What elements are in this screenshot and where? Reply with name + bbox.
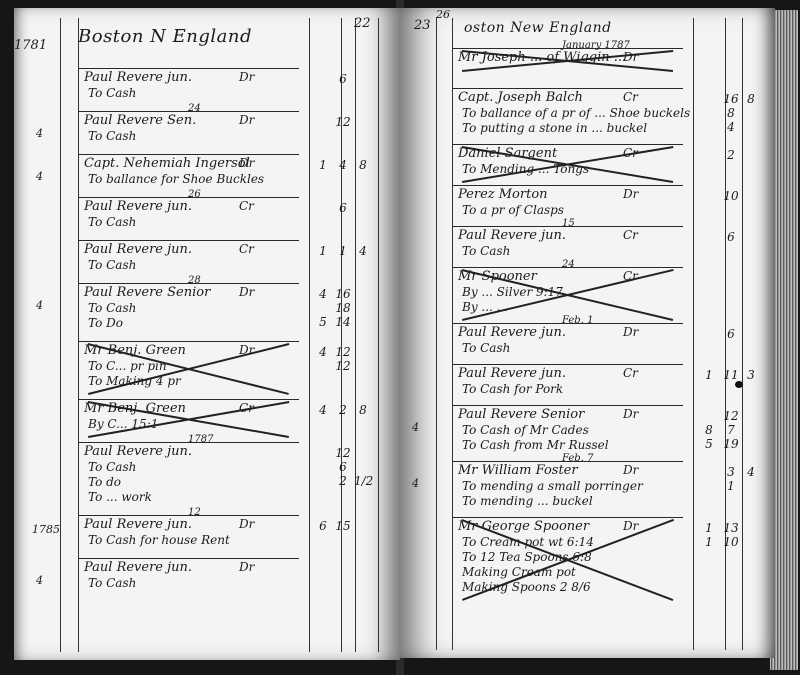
amount-pounds: 1 [314, 158, 332, 172]
pounds-rule [693, 18, 694, 650]
amount-shillings: 6 [722, 230, 740, 244]
entry-line: To Cash [88, 86, 136, 101]
entry-line: To Cash [88, 301, 136, 316]
amount-pence: 1/2 [354, 474, 372, 488]
entry-header: Paul Revere Senior [84, 285, 210, 300]
amount-shillings: 6 [334, 201, 352, 215]
debit-credit-mark: Dr [239, 113, 254, 128]
entry-line: To mending a small porringer [462, 479, 643, 494]
amount-pounds: 1 [700, 521, 718, 535]
account-name: Mr William Foster [458, 463, 578, 478]
entry-line: To Cash for house Rent [88, 533, 230, 548]
amount-pounds: 1 [314, 244, 332, 258]
entry-header: Paul Revere jun. [458, 325, 566, 340]
entry-divider [78, 442, 299, 443]
account-name: Paul Revere jun. [84, 560, 192, 575]
amount-shillings: 2 [722, 148, 740, 162]
entry-header: Perez Morton [458, 187, 548, 202]
entry-line: To Cash from Mr Russel [462, 438, 609, 453]
left-page: 1781 22 Boston N England 1785 Paul Rever… [14, 8, 400, 660]
account-name: Paul Revere jun. [84, 242, 192, 257]
entry-header: Paul Revere jun. [84, 242, 192, 257]
year-margin: 1785 [32, 523, 60, 536]
amount-pounds: 6 [314, 519, 332, 533]
pounds-rule [309, 18, 310, 652]
entry-divider [78, 341, 299, 342]
amount-pence: 8 [354, 403, 372, 417]
shillings-rule [341, 18, 342, 652]
debit-credit-mark: Dr [623, 187, 638, 202]
amount-shillings: 13 [722, 521, 740, 535]
entry-line: To Cream pot wt 6:14 [462, 535, 594, 550]
margin-rule [452, 18, 453, 650]
entry-line: To Cash [88, 576, 136, 591]
pence-rule [355, 18, 356, 652]
margin-rule [78, 18, 79, 652]
margin-ref: 4 [36, 299, 43, 312]
entry-divider [78, 197, 299, 198]
margin-rule [436, 18, 437, 650]
amount-shillings: 12 [334, 359, 352, 373]
entry-divider [78, 68, 299, 69]
debit-credit-mark: Dr [623, 407, 638, 422]
entry-divider [78, 240, 299, 241]
debit-credit-mark: Dr [239, 156, 254, 171]
account-name: Paul Revere jun. [458, 228, 566, 243]
entry-line: To Cash [88, 129, 136, 144]
debit-credit-mark: Dr [239, 70, 254, 85]
pence-rule [742, 18, 743, 650]
margin-ref: 4 [412, 477, 419, 490]
amount-shillings: 12 [722, 409, 740, 423]
entry-header: Paul Revere jun. [84, 70, 192, 85]
margin-ref: 4 [36, 170, 43, 183]
entry-divider [452, 185, 683, 186]
amount-shillings: 10 [722, 535, 740, 549]
account-name: Paul Revere jun. [84, 444, 192, 459]
entry-header: Paul Revere jun. [458, 228, 566, 243]
amount-shillings: 4 [334, 158, 352, 172]
entry-divider [452, 144, 683, 145]
debit-credit-mark: Cr [623, 366, 638, 381]
amount-shillings: 7 [722, 423, 740, 437]
margin-ref: 4 [412, 421, 419, 434]
amount-shillings: 8 [722, 106, 740, 120]
account-name: Paul Revere jun. [84, 70, 192, 85]
debit-credit-mark: Dr [623, 463, 638, 478]
entry-line: To do [88, 475, 121, 490]
entry-line: To Cash [88, 215, 136, 230]
debit-credit-mark: Dr [239, 517, 254, 532]
entry-divider [78, 111, 299, 112]
entry-divider [452, 226, 683, 227]
amount-shillings: 6 [722, 327, 740, 341]
account-name: Capt. Nehemiah Ingersol [84, 156, 250, 171]
amount-shillings: 2 [334, 474, 352, 488]
page-heading: oston New England [464, 20, 612, 36]
entry-divider [78, 283, 299, 284]
amount-pounds: 8 [700, 423, 718, 437]
amount-pounds: 4 [314, 345, 332, 359]
amount-pence: 4 [742, 465, 760, 479]
amount-pence: 4 [354, 244, 372, 258]
margin-ref: 4 [36, 127, 43, 140]
account-name: Paul Revere jun. [84, 199, 192, 214]
entry-date: 24 [562, 259, 575, 270]
debit-credit-mark: Dr [239, 560, 254, 575]
margin-ref: 4 [36, 574, 43, 587]
debit-credit-mark: Dr [623, 50, 638, 65]
debit-credit-mark: Cr [239, 199, 254, 214]
entry-line: To ballance for Shoe Buckles [88, 172, 264, 187]
amount-shillings: 16 [334, 287, 352, 301]
entry-line: To Cash [462, 341, 510, 356]
entry-line: To mending ... buckel [462, 494, 593, 509]
entry-header: Paul Revere jun. [84, 560, 192, 575]
entry-divider [78, 399, 299, 400]
account-name: Paul Revere jun. [458, 366, 566, 381]
debit-credit-mark: Dr [623, 325, 638, 340]
account-name: Paul Revere jun. [84, 517, 192, 532]
entry-line: To a pr of Clasps [462, 203, 564, 218]
folio-number: 22 [354, 16, 371, 31]
entry-line: To Cash [88, 258, 136, 273]
account-name: Paul Revere Senior [458, 407, 584, 422]
amount-shillings: 16 [722, 92, 740, 106]
amount-pounds: 4 [314, 287, 332, 301]
entry-divider [452, 323, 683, 324]
debit-credit-mark: Cr [623, 90, 638, 105]
corner-mark: 1781 [14, 38, 47, 53]
amount-shillings: 12 [334, 446, 352, 460]
margin-rule [60, 18, 61, 652]
account-name: Paul Revere Senior [84, 285, 210, 300]
ink-blot [735, 381, 743, 388]
folio-number: 23 [414, 18, 431, 33]
account-name: Paul Revere jun. [458, 325, 566, 340]
amount-pounds: 1 [700, 535, 718, 549]
entry-header: Paul Revere Senior [458, 407, 584, 422]
entry-header: Paul Revere jun. [84, 517, 192, 532]
amount-shillings: 19 [722, 437, 740, 451]
entry-header: Paul Revere jun. [84, 199, 192, 214]
amount-shillings: 10 [722, 189, 740, 203]
entry-line: To Cash [462, 244, 510, 259]
column-rule [378, 18, 379, 652]
entry-divider [452, 364, 683, 365]
account-name: Capt. Joseph Balch [458, 90, 583, 105]
amount-shillings: 3 [722, 465, 740, 479]
amount-pounds: 1 [700, 368, 718, 382]
debit-credit-mark: Cr [623, 228, 638, 243]
entry-divider [78, 558, 299, 559]
amount-pence: 3 [742, 368, 760, 382]
entry-line: To putting a stone in ... buckel [462, 121, 647, 136]
amount-shillings: 12 [334, 115, 352, 129]
entry-header: Capt. Nehemiah Ingersol [84, 156, 250, 171]
account-name: Perez Morton [458, 187, 548, 202]
entry-line: To Cash [88, 460, 136, 475]
amount-pence: 8 [742, 92, 760, 106]
right-page: 23 26 oston New England January 1787Mr J… [400, 8, 775, 658]
entry-divider [452, 267, 683, 268]
amount-shillings: 14 [334, 315, 352, 329]
debit-credit-mark: Dr [239, 285, 254, 300]
account-name: Paul Revere Sen. [84, 113, 196, 128]
entry-divider [452, 405, 683, 406]
amount-shillings: 15 [334, 519, 352, 533]
amount-shillings: 11 [722, 368, 740, 382]
amount-shillings: 6 [334, 72, 352, 86]
entry-header: Mr William Foster [458, 463, 578, 478]
entry-divider [452, 461, 683, 462]
entry-header: Paul Revere jun. [458, 366, 566, 381]
entry-divider [452, 88, 683, 89]
debit-credit-mark: Cr [239, 242, 254, 257]
amount-shillings: 6 [334, 460, 352, 474]
amount-pounds: 4 [314, 403, 332, 417]
ledger-scan: 1781 22 Boston N England 1785 Paul Rever… [0, 0, 800, 675]
entry-line: To Cash for Pork [462, 382, 563, 397]
amount-shillings: 1 [334, 244, 352, 258]
entry-date: Feb. 1 [562, 315, 593, 326]
amount-pence: 8 [354, 158, 372, 172]
entry-header: Capt. Joseph Balch [458, 90, 583, 105]
entry-divider [78, 515, 299, 516]
entry-line: To Do [88, 316, 123, 331]
entry-divider [78, 154, 299, 155]
corner-mark: 26 [436, 8, 450, 21]
amount-shillings: 4 [722, 120, 740, 134]
entry-header: Paul Revere jun. [84, 444, 192, 459]
entry-line: To Cash of Mr Cades [462, 423, 589, 438]
amount-pounds: 5 [314, 315, 332, 329]
entry-divider [452, 48, 683, 49]
amount-shillings: 1 [722, 479, 740, 493]
entry-header: Paul Revere Sen. [84, 113, 196, 128]
entry-line: To ballance of a pr of ... Shoe buckels [462, 106, 690, 121]
amount-pounds: 5 [700, 437, 718, 451]
page-heading: Boston N England [78, 26, 252, 47]
amount-shillings: 2 [334, 403, 352, 417]
amount-shillings: 18 [334, 301, 352, 315]
amount-shillings: 12 [334, 345, 352, 359]
entry-line: To ... work [88, 490, 152, 505]
entry-divider [452, 517, 683, 518]
